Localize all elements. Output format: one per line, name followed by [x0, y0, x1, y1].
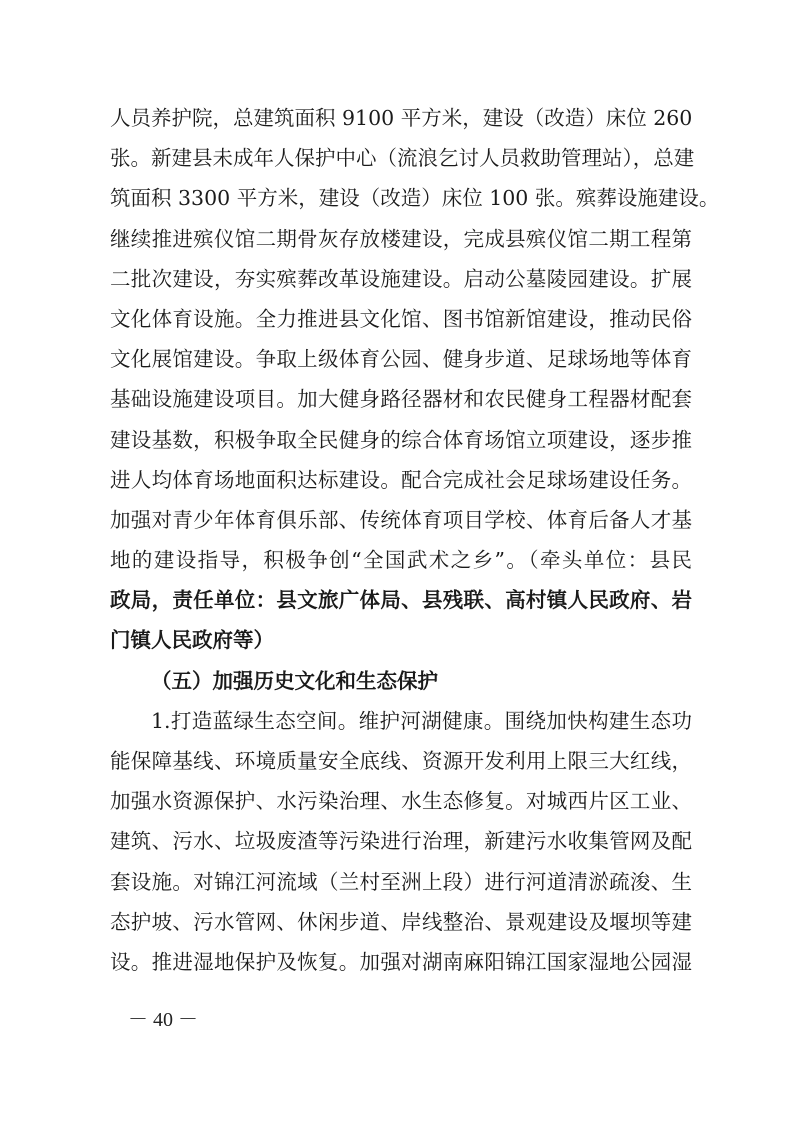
text-line: 文化体育设施。全力推进县文化馆、图书馆新馆建设，推动民俗 [110, 299, 692, 339]
text-line: 张。新建县未成年人保护中心（流浪乞讨人员救助管理站），总建 [110, 138, 692, 178]
text-line: 进人均体育场地面积达标建设。配合完成社会足球场建设任务。 [110, 460, 692, 500]
text-line: 加强水资源保护、水污染治理、水生态修复。对城西片区工业、 [110, 781, 692, 821]
document-page: 人员养护院，总建筑面积 9100 平方米，建设（改造）床位 260 张。新建县未… [0, 0, 793, 1122]
text-line: 继续推进殡仪馆二期骨灰存放楼建设，完成县殡仪馆二期工程第 [110, 219, 692, 259]
text-line: 筑面积 3300 平方米，建设（改造）床位 100 张。殡葬设施建设。 [110, 178, 692, 218]
text-line: 套设施。对锦江河流域（兰村至洲上段）进行河道清淤疏浚、生 [110, 862, 692, 902]
text-line: 能保障基线、环境质量安全底线、资源开发利用上限三大红线， [110, 741, 692, 781]
text-line-bold: 政局，责任单位：县文旅广体局、县残联、高村镇人民政府、岩 [110, 580, 692, 620]
text-line: 1.打造蓝绿生态空间。维护河湖健康。围绕加快构建生态功 [110, 701, 692, 741]
text-line: 建设基数，积极争取全民健身的综合体育场馆立项建设，逐步推 [110, 420, 692, 460]
text-line-bold: 门镇人民政府等） [110, 620, 692, 660]
text-line: 文化展馆建设。争取上级体育公园、健身步道、足球场地等体育 [110, 339, 692, 379]
text-line: 建筑、污水、垃圾废渣等污染进行治理，新建污水收集管网及配 [110, 821, 692, 861]
text-line: 基础设施建设项目。加大健身路径器材和农民健身工程器材配套 [110, 379, 692, 419]
text-line: 加强对青少年体育俱乐部、传统体育项目学校、体育后备人才基 [110, 500, 692, 540]
text-line: 人员养护院，总建筑面积 9100 平方米，建设（改造）床位 260 [110, 98, 692, 138]
text-line: 二批次建设，夯实殡葬改革设施建设。启动公墓陵园建设。扩展 [110, 259, 692, 299]
body-text: 人员养护院，总建筑面积 9100 平方米，建设（改造）床位 260 张。新建县未… [110, 98, 692, 982]
text-line: 设。推进湿地保护及恢复。加强对湖南麻阳锦江国家湿地公园湿 [110, 942, 692, 982]
text-line: 态护坡、污水管网、休闲步道、岸线整治、景观建设及堰坝等建 [110, 902, 692, 942]
page-number: － 40 － [128, 1003, 198, 1032]
text-line: 地的建设指导，积极争创“全国武术之乡”。（牵头单位：县民 [110, 540, 692, 580]
section-heading: （五）加强历史文化和生态保护 [110, 661, 692, 701]
